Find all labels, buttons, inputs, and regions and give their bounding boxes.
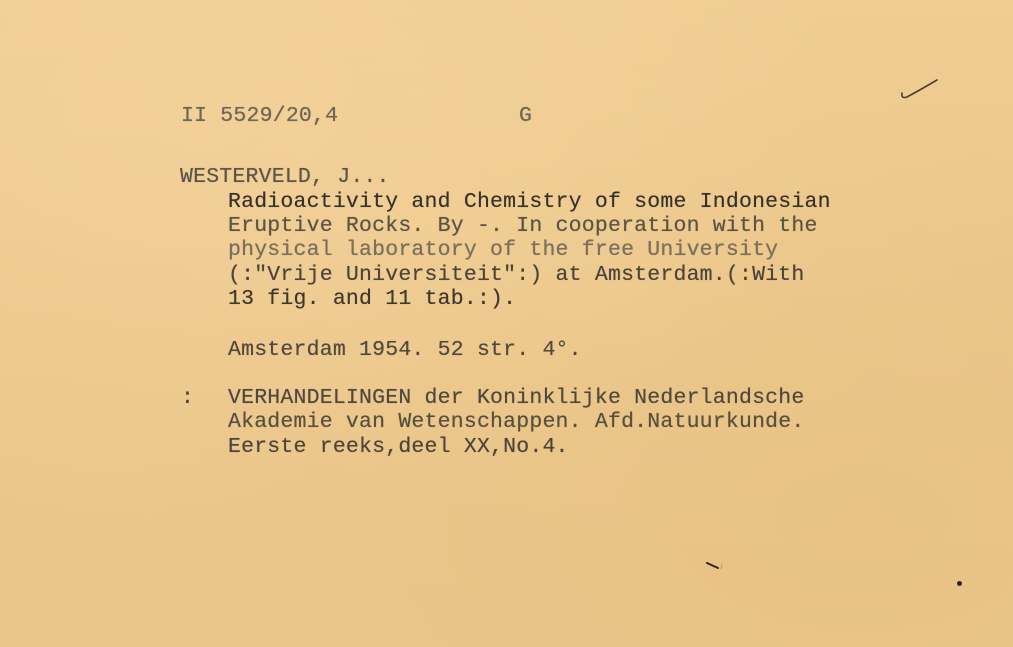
title-line: 13 fig. and 11 tab.:). xyxy=(228,287,516,311)
pencil-mark-icon xyxy=(706,562,724,570)
catalog-card: II 5529/20,4 G WESTERVELD, J... Radioact… xyxy=(0,0,1013,647)
series-line: VERHANDELINGEN der Koninklijke Nederland… xyxy=(228,386,805,410)
title-line: (:"Vrije Universiteit":) at Amsterdam.(:… xyxy=(228,263,805,287)
location-code: G xyxy=(519,104,532,128)
author-heading: WESTERVELD, J... xyxy=(180,165,390,189)
call-number: II 5529/20,4 xyxy=(181,104,338,128)
title-line: Radioactivity and Chemistry of some Indo… xyxy=(228,190,831,214)
ink-dot xyxy=(957,581,962,586)
title-line: Eruptive Rocks. By -. In cooperation wit… xyxy=(228,214,818,238)
series-marker: : xyxy=(181,386,194,410)
series-line: Akademie van Wetenschappen. Afd.Natuurku… xyxy=(228,410,805,434)
title-line: physical laboratory of the free Universi… xyxy=(228,238,778,262)
series-line: Eerste reeks,deel XX,No.4. xyxy=(228,435,569,459)
imprint: Amsterdam 1954. 52 str. 4°. xyxy=(228,338,582,362)
checkmark-icon xyxy=(898,78,940,102)
